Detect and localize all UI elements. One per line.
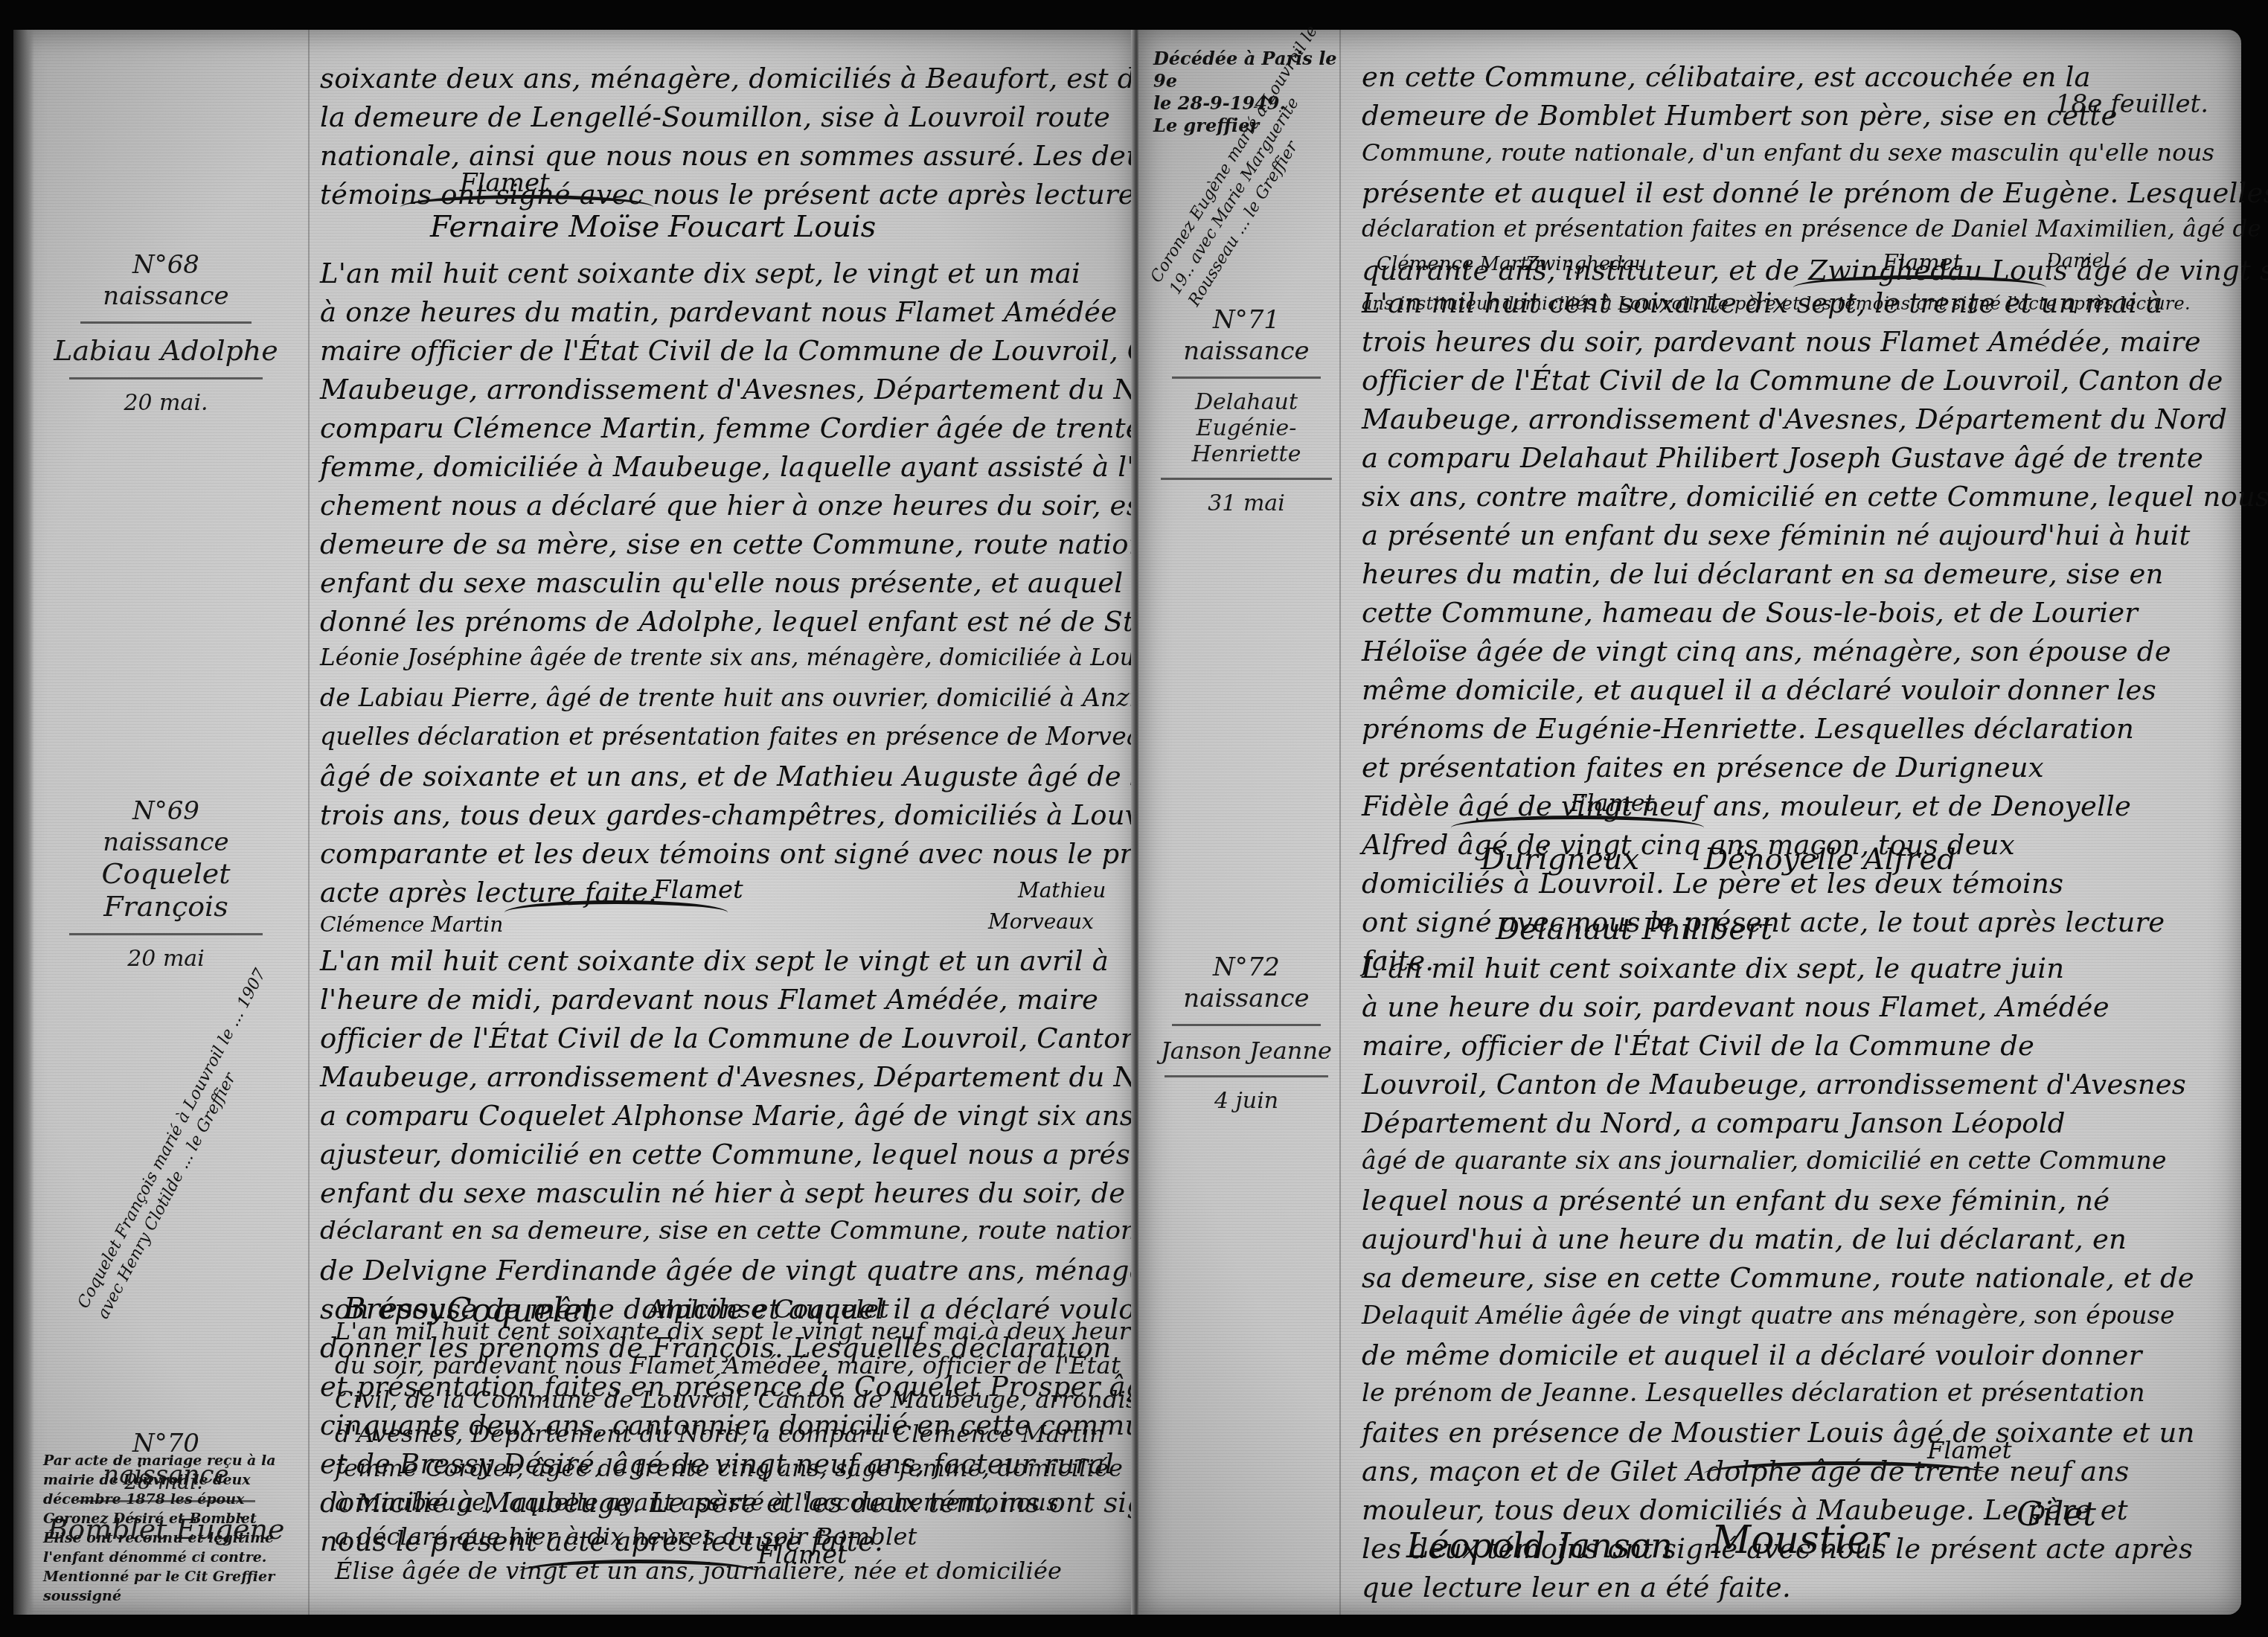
text-line: enfant du sexe masculin qu'elle nous pré… [320, 567, 1228, 599]
entry-number: N°72 [1153, 952, 1339, 982]
signature: Delahaut Philibert [1496, 912, 1772, 946]
text-line: L'an mil huit cent soixante dix sept, le… [1362, 287, 2162, 319]
text-line: a déclaré que hier à dix heures du soir … [335, 1522, 917, 1551]
entry-type: naissance [43, 281, 289, 311]
text-line: de Labiau Pierre, âgé de trente huit ans… [320, 683, 1222, 712]
text-line: à une heure du soir, pardevant nous Flam… [1362, 991, 2110, 1023]
margin-entry-69: N°69 naissance Coquelet François 20 mai [43, 796, 289, 972]
text-line: officier de l'État Civil de la Commune d… [1362, 365, 2223, 397]
text-line: de même domicile et auquel il a déclaré … [1362, 1339, 2142, 1371]
text-line: âgé de quarante six ans journalier, domi… [1362, 1146, 2167, 1175]
text-line: le prénom de Jeanne. Lesquelles déclarat… [1362, 1378, 2145, 1408]
text-line: six ans, contre maître, domicilié en cet… [1362, 481, 2268, 513]
text-line: faites en présence de Moustier Louis âgé… [1362, 1417, 2195, 1449]
text-line: heures du matin, de lui déclarant en sa … [1362, 558, 2164, 590]
text-line: ajusteur, domicilié en cette Commune, le… [320, 1138, 1237, 1170]
signature: Daniel [2046, 250, 2110, 272]
text-line: donné les prénoms de Adolphe, lequel enf… [320, 606, 1219, 638]
entry-number: N°68 [43, 250, 289, 280]
mayor-signature-flourish [1451, 816, 1704, 840]
text-line: Commune, route nationale, d'un enfant du… [1362, 138, 2214, 167]
margin-rule [308, 30, 310, 1615]
text-line: déclaration et présentation faites en pr… [1362, 216, 2261, 243]
entry-name: Delahaut Eugénie-Henriette [1153, 389, 1339, 467]
signature: Mathieu [1018, 878, 1106, 903]
text-line: et présentation faites en présence de Du… [1362, 752, 2044, 784]
text-line: âgé de soixante et un ans, et de Mathieu… [320, 760, 1248, 792]
text-line: Maubeuge, arrondissement d'Avesnes, Dépa… [320, 1061, 1185, 1093]
signature: Clémence Martin [320, 912, 503, 937]
text-line: L'an mil huit cent soixante dix sept le … [320, 945, 1109, 977]
text-line: a comparu Coquelet Alphonse Marie, âgé d… [320, 1100, 1143, 1132]
divider [1161, 478, 1332, 480]
signature: Flamet [653, 875, 743, 905]
mayor-signature-flourish [1704, 1461, 1987, 1486]
entry-date: 31 mai [1153, 490, 1339, 516]
text-line: maire officier de l'État Civil de la Com… [320, 335, 1272, 367]
text-line: Fidèle âgé de vingt neuf ans, mouleur, e… [1362, 790, 2131, 822]
margin-entry-72: N°72 naissance Janson Jeanne 4 juin [1153, 952, 1339, 1114]
text-line: comparante et les deux témoins ont signé… [320, 838, 1209, 870]
entry-date: 4 juin [1153, 1088, 1339, 1114]
signature: Durigneux [1481, 842, 1639, 877]
entry-name: Coquelet François [43, 857, 289, 923]
signature: Moustier [1711, 1518, 1889, 1563]
signature: Clémence Martin [1377, 253, 1547, 275]
text-line: Élise âgée de vingt et un ans, journaliè… [335, 1557, 1062, 1585]
text-line: à onze heures du matin, pardevant nous F… [320, 296, 1117, 328]
text-line: trois ans, tous deux gardes-champêtres, … [320, 799, 1241, 831]
right-page: 18e feuillet. Décédée à Paris le 9e le 2… [1138, 30, 2241, 1615]
text-line: même domicile, et auquel il a déclaré vo… [1362, 674, 2156, 706]
text-line: à Maubeuge, laquelle ayant assisté à l'a… [335, 1488, 1059, 1516]
text-line: la demeure de Lengellé-Soumillon, sise à… [320, 101, 1110, 133]
margin-entry-71: N°71 naissance Delahaut Eugénie-Henriett… [1153, 305, 1339, 516]
text-line: L'an mil huit cent soixante dix sept, le… [1362, 952, 2064, 984]
signature: Fernaire Moïse [430, 210, 659, 244]
entry-type: naissance [1153, 984, 1339, 1013]
entry-number: N°69 [43, 796, 289, 826]
text-line: de Delvigne Ferdinande âgée de vingt qua… [320, 1255, 1176, 1287]
divider [1165, 1075, 1328, 1077]
legitimation-annotation-70: Par acte de mariage reçu à la mairie de … [43, 1451, 289, 1606]
text-line: Delaquit Amélie âgée de vingt quatre ans… [1362, 1301, 2175, 1330]
text-line: Louvroil, Canton de Maubeuge, arrondisse… [1362, 1069, 2186, 1101]
signature: Gilet [2016, 1496, 2096, 1534]
signature: Zwinghedau [1525, 253, 1647, 275]
margin-entry-68: N°68 naissance Labiau Adolphe 20 mai. [43, 250, 289, 416]
text-line: L'an mil huit cent soixante dix sept le … [335, 1317, 1157, 1345]
text-line: lequel nous a présenté un enfant du sexe… [1362, 1185, 2110, 1217]
divider [1172, 377, 1321, 379]
text-line: prénoms de Eugénie-Henriette. Lesquelles… [1362, 713, 2134, 745]
text-line: Héloïse âgée de vingt cinq ans, ménagère… [1362, 635, 2171, 667]
divider [69, 377, 263, 379]
text-line: demeure de Bomblet Humbert son père, sis… [1362, 100, 2118, 132]
text-line: sa demeure, sise en cette Commune, route… [1362, 1262, 2194, 1294]
text-line: femme Cordier, âgée de trente cinq ans, … [335, 1454, 1123, 1482]
divider [80, 321, 252, 324]
entry-number: N°71 [1153, 305, 1339, 335]
signature: Flamet [1570, 789, 1655, 817]
text-line: aujourd'hui à une heure du matin, de lui… [1362, 1223, 2127, 1255]
text-line: l'heure de midi, pardevant nous Flamet A… [320, 984, 1098, 1016]
text-line: officier de l'État Civil de la Commune d… [320, 1022, 1182, 1054]
entry-type: naissance [1153, 336, 1339, 366]
text-line: Département du Nord, a comparu Janson Lé… [1362, 1107, 2066, 1139]
text-line: Maubeuge, arrondissement d'Avesnes, Dépa… [1362, 403, 2227, 435]
text-line: Civil, de la Commune de Louvroil, Canton… [335, 1385, 1227, 1414]
text-line: chement nous a déclaré que hier à onze h… [320, 490, 1272, 522]
text-line: a présenté un enfant du sexe féminin né … [1362, 519, 2191, 551]
text-line: maire, officier de l'État Civil de la Co… [1362, 1030, 2034, 1062]
text-line: en cette Commune, célibataire, est accou… [1362, 61, 2091, 93]
entry-name: Janson Jeanne [1153, 1037, 1339, 1065]
divider [1172, 1024, 1321, 1026]
signature: Léopold Janson [1406, 1525, 1673, 1566]
signature: Flamet [460, 168, 550, 198]
signature: Dénoyelle Alfred [1704, 842, 1956, 877]
text-line: présente et auquel il est donné le préno… [1362, 177, 2268, 209]
text-line: Maubeuge, arrondissement d'Avesnes, Dépa… [320, 374, 1220, 406]
text-line: du soir, pardevant nous Flamet Amédée, m… [335, 1351, 1121, 1380]
entry-type: naissance [43, 827, 289, 857]
margin-rule [1339, 30, 1341, 1615]
text-line: déclarant en sa demeure, sise en cette C… [320, 1216, 1209, 1246]
text-line: femme, domiciliée à Maubeuge, laquelle a… [320, 451, 1226, 483]
entry-date: 20 mai. [43, 390, 289, 416]
text-line: d'Avesnes, Département du Nord, a compar… [335, 1420, 1105, 1448]
text-line: a comparu Delahaut Philibert Joseph Gust… [1362, 442, 2203, 474]
signature: Foucart Louis [668, 210, 876, 244]
signature: Flamet [1883, 250, 1962, 276]
signature: Flamet [1927, 1436, 2012, 1464]
divider [69, 933, 263, 935]
text-line: nationale, ainsi que nous nous en sommes… [320, 140, 1159, 172]
text-line: L'an mil huit cent soixante dix sept, le… [320, 257, 1080, 289]
text-line: enfant du sexe masculin né hier à sept h… [320, 1177, 1170, 1209]
text-line: trois heures du soir, pardevant nous Fla… [1362, 326, 2201, 358]
marriage-annotation-69: Coquelet François marié à Louvroil le ..… [73, 935, 308, 1324]
binding-edge [13, 30, 34, 1615]
entry-name: Labiau Adolphe [43, 334, 289, 367]
text-line: que lecture leur en a été faite. [1362, 1572, 1791, 1604]
text-line: cette Commune, hameau de Sous-le-bois, e… [1362, 597, 2138, 629]
text-line: demeure de sa mère, sise en cette Commun… [320, 528, 1242, 560]
signature: Morveaux [988, 909, 1094, 934]
